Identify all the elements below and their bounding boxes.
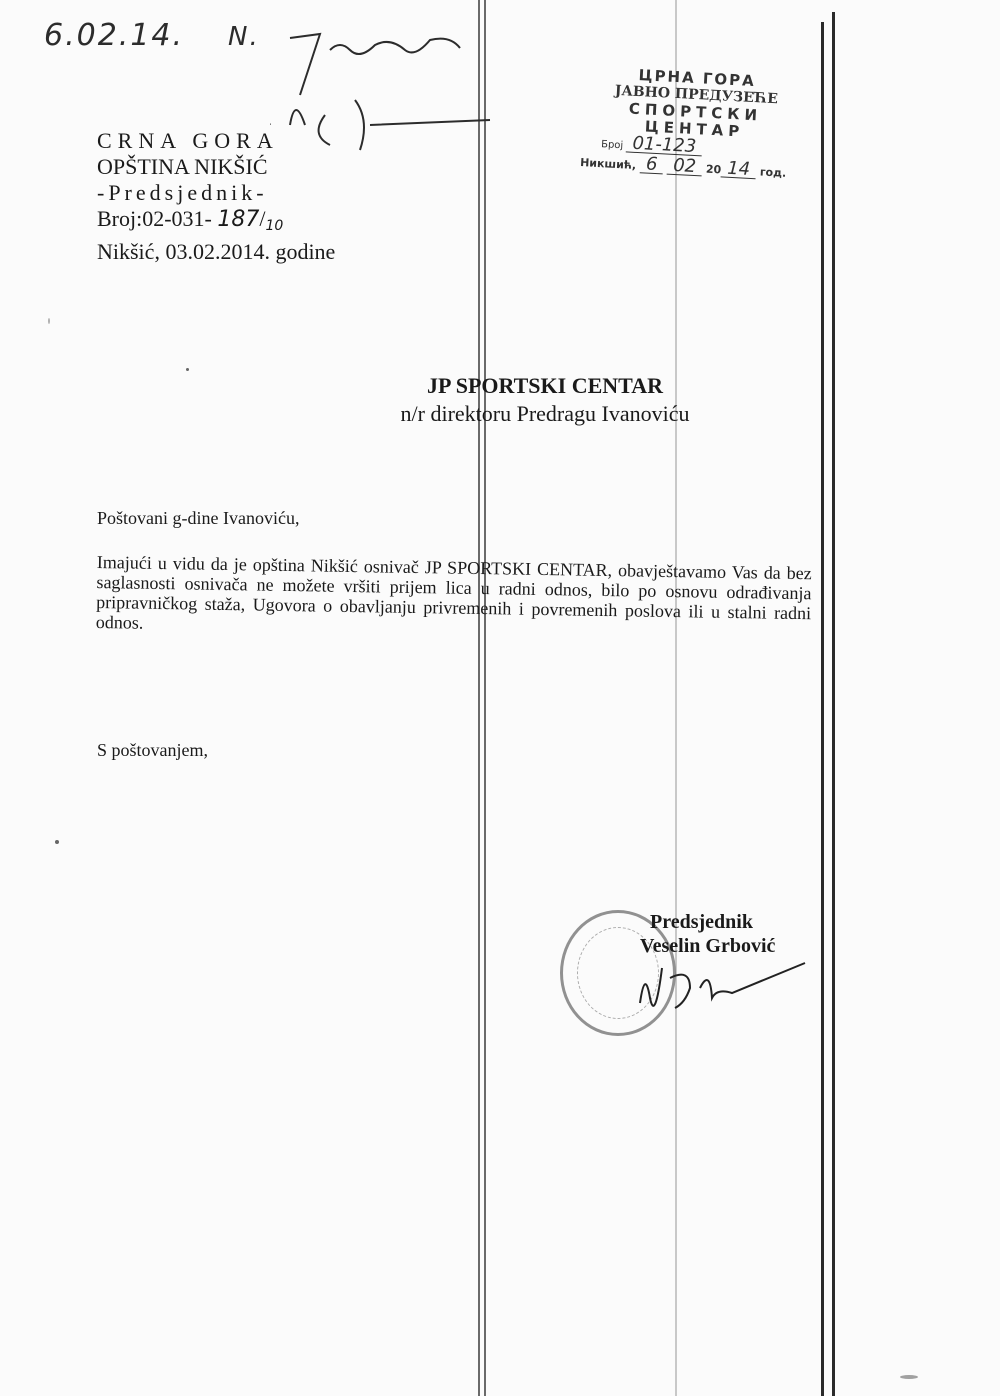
recipient-name: JP SPORTSKI CENTAR [90, 372, 1000, 400]
handwritten-initial: N. [228, 22, 260, 52]
signatory-name: Veselin Grbović [640, 934, 775, 958]
page-border-line [832, 12, 835, 1396]
stamp-number-label: Број [601, 139, 624, 151]
sender-header: CRNA GORA OPŠTINA NIKŠIĆ -Predsjednik- B… [97, 128, 335, 265]
stamp-day: 6 [640, 155, 664, 174]
salutation: Poštovani g-dine Ivanoviću, [97, 508, 299, 529]
closing: S poštovanjem, [97, 740, 208, 761]
reference-suffix: 10 [266, 218, 284, 234]
scanned-letter: 6.02.14. N. CRNA GORA OPŠTINA NIKŠIĆ -Pr… [0, 0, 1000, 1396]
header-place-date: Nikšić, 03.02.2014. godine [97, 239, 335, 265]
scan-line [484, 0, 486, 1396]
received-stamp: ЦРНА ГОРА ЈАВНО ПРЕДУЗЕЋЕ СПОРТСКИ ЦЕНТА… [579, 64, 810, 196]
recipient-block: JP SPORTSKI CENTAR n/r direktoru Predrag… [0, 372, 1000, 428]
signature-scribble [630, 958, 810, 1018]
stamp-year-suffix: 14 [721, 159, 757, 179]
signatory-title: Predsjednik [640, 910, 775, 934]
reference-number-handwritten: 187 [217, 207, 259, 232]
header-municipality: OPŠTINA NIKŠIĆ [97, 154, 335, 180]
signature-block: Predsjednik Veselin Grbović [640, 910, 775, 958]
stamp-number-value: 01-123 [626, 134, 703, 156]
letter-body: Imajući u vidu da je opština Nikšić osni… [96, 552, 812, 643]
handwritten-date: 6.02.14. [44, 18, 184, 53]
scan-line [675, 0, 677, 1396]
stamp-month: 02 [667, 157, 703, 177]
recipient-attention: n/r direktoru Predragu Ivanoviću [90, 400, 1000, 428]
header-reference: Broj:02-031- 187/10 [97, 206, 335, 239]
header-office: -Predsjednik- [97, 180, 335, 206]
header-country: CRNA GORA [97, 128, 335, 154]
page-border-line [821, 22, 824, 1396]
stamp-year-label: год. [760, 165, 787, 179]
scan-line [478, 0, 480, 1396]
stamp-place-label: Никшић, [580, 156, 637, 172]
stamp-year-prefix: 20 [706, 163, 722, 177]
reference-prefix: Broj:02-031- [97, 206, 212, 231]
